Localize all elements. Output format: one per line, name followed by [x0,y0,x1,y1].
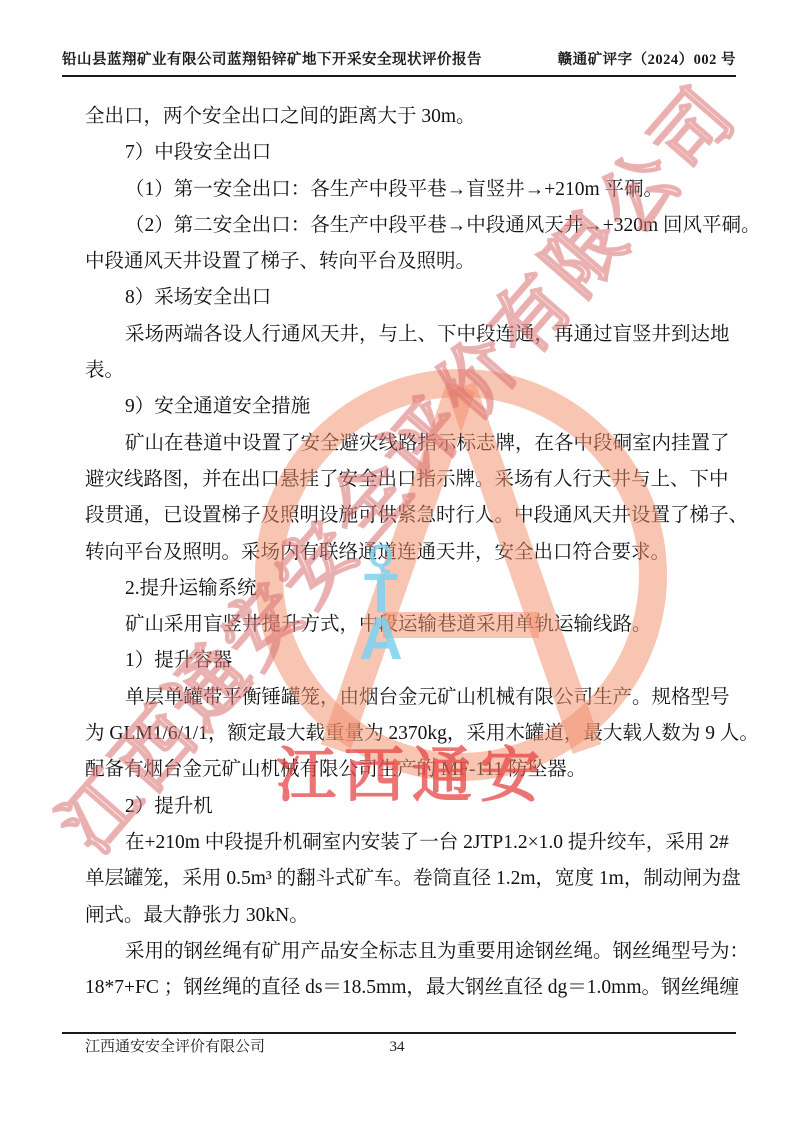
footer-rule [62,1032,736,1034]
body-line: 1）提升容器 [85,643,737,679]
body-line: 矿山采用盲竖井提升方式，中段运输巷道采用单轨运输线路。 [85,607,737,643]
body-line: （1）第一安全出口：各生产中段平巷→盲竖井→+210m 平硐。 [85,172,737,208]
body-text: 全出口，两个安全出口之间的距离大于 30m。 7）中段安全出口 （1）第一安全出… [85,99,737,1006]
body-line: 矿山在巷道中设置了安全避灾线路指示标志牌，在各中段硐室内挂置了 [85,426,737,462]
header-doc-number: 赣通矿评字（2024）002 号 [558,48,736,69]
body-line: 18*7+FC ；钢丝绳的直径 ds＝18.5mm，最大钢丝直径 dg＝1.0m… [85,970,737,1006]
body-line: 配备有烟台金元矿山机械有限公司生产的 MF-111 防坠器。 [85,752,737,788]
body-line: 避灾线路图，并在出口悬挂了安全出口指示牌。采场有人行天井与上、下中 [85,462,737,498]
body-line: 2.提升运输系统 [85,571,737,607]
body-line: 转向平台及照明。采场内有联络通道连通天井，安全出口符合要求。 [85,535,737,571]
document-page: 铅山县蓝翔矿业有限公司蓝翔铅锌矿地下开采安全现状评价报告 赣通矿评字（2024）… [0,0,794,1122]
body-line: 在+210m 中段提升机硐室内安装了一台 2JTP1.2×1.0 提升绞车，采用… [85,825,737,861]
body-line: 为 GLM1/6/1/1，额定最大载重量为 2370kg，采用木罐道，最大载人数… [85,716,737,752]
body-line: 中段通风天井设置了梯子、转向平台及照明。 [85,244,737,280]
body-line: 7）中段安全出口 [85,135,737,171]
header-report-title: 铅山县蓝翔矿业有限公司蓝翔铅锌矿地下开采安全现状评价报告 [62,48,482,69]
page-footer: 江西通安安全评价有限公司 34 [85,1036,736,1058]
page-number: 34 [85,1036,709,1058]
body-line: 9）安全通道安全措施 [85,389,737,425]
body-line: 全出口，两个安全出口之间的距离大于 30m。 [85,99,737,135]
body-line: 采用的钢丝绳有矿用产品安全标志且为重要用途钢丝绳。钢丝绳型号为： [85,934,737,970]
body-line: （2）第二安全出口：各生产中段平巷→中段通风天井→+320m 回风平硐。 [85,208,737,244]
body-line: 采场两端各设人行通风天井，与上、下中段连通，再通过盲竖井到达地 [85,317,737,353]
body-line: 单层单罐带平衡锤罐笼，由烟台金元矿山机械有限公司生产。规格型号 [85,680,737,716]
body-line: 段贯通，已设置梯子及照明设施可供紧急时行人。中段通风天井设置了梯子、 [85,498,737,534]
body-line: 表。 [85,353,737,389]
body-line: 8）采场安全出口 [85,280,737,316]
body-line: 闸式。最大静张力 30kN。 [85,898,737,934]
header-rule [62,75,736,77]
body-line: 2）提升机 [85,789,737,825]
body-line: 单层罐笼，采用 0.5m³ 的翻斗式矿车。卷筒直径 1.2m，宽度 1m，制动闸… [85,861,737,897]
page-header: 铅山县蓝翔矿业有限公司蓝翔铅锌矿地下开采安全现状评价报告 赣通矿评字（2024）… [62,48,736,69]
